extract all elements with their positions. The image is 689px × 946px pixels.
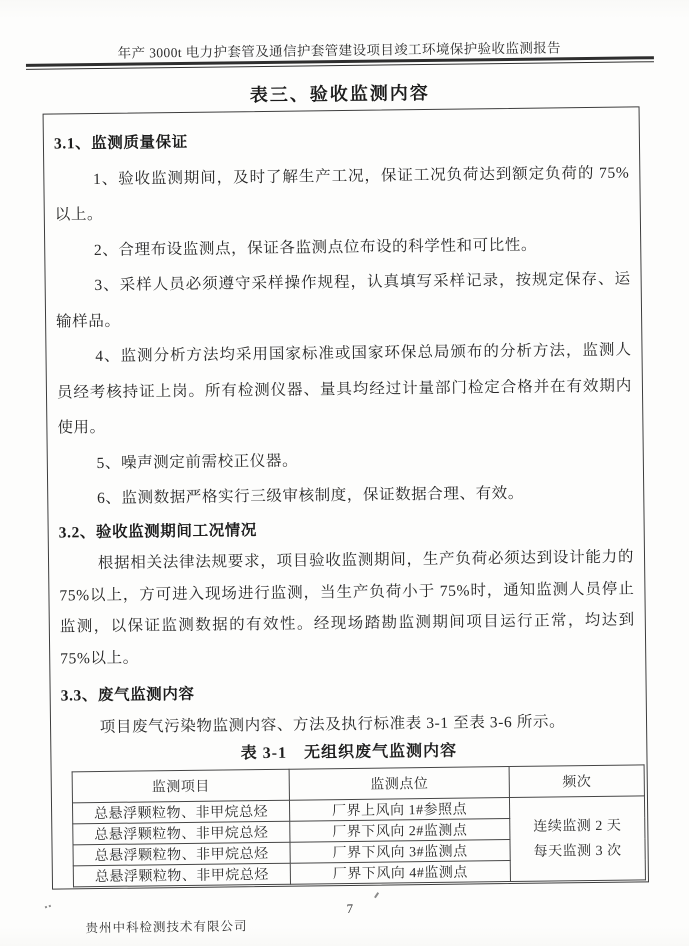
scanned-sheet: 年产 3000t 电力护套管及通信护套管建设项目竣工环境保护验收监测报告 表三、… (0, 0, 689, 946)
section-3-3: 3.3、废气监测内容 项目废气污染物监测内容、方法及执行标准表 3-1 至表 3… (60, 673, 636, 743)
paragraph: 根据相关法律法规要求，项目验收监测期间，生产负荷必须达到设计能力的 75%以上，… (59, 541, 635, 674)
cell-monitor-item: 总悬浮颗粒物、非甲烷总烃 (73, 842, 290, 866)
cell-monitor-item: 总悬浮颗粒物、非甲烷总烃 (73, 821, 290, 845)
cell-monitor-location: 厂界下风向 3#监测点 (290, 840, 510, 864)
paragraph: 4、监测分析方法均采用国家标准或国家环保总局颁布的分析方法，监测人员经考核持证上… (56, 332, 632, 446)
table-3-1: 监测项目 监测点位 频次 总悬浮颗粒物、非甲烷总烃 厂界上风向 1#参照点 连续… (72, 764, 646, 887)
section-3-2: 3.2、验收监测期间工况情况 根据相关法律法规要求，项目验收监测期间，生产负荷必… (58, 510, 635, 675)
cell-frequency: 连续监测 2 天 每天监测 3 次 (509, 796, 645, 882)
report-page: 年产 3000t 电力护套管及通信护套管建设项目竣工环境保护验收监测报告 表三、… (0, 0, 689, 946)
paragraph: 3、采样人员必须遵守采样操作规程，认真填写采样记录，按规定保存、运输样品。 (55, 261, 631, 339)
cell-monitor-item: 总悬浮颗粒物、非甲烷总烃 (73, 863, 290, 887)
cell-monitor-location: 厂界下风向 4#监测点 (290, 861, 510, 885)
section-3-1: 3.1、监测质量保证 1、验收监测期间，及时了解生产工况，保证工况负荷达到额定负… (54, 120, 634, 517)
paragraph: 1、验收监测期间，及时了解生产工况，保证工况负荷达到额定负荷的 75%以上。 (54, 155, 630, 233)
frequency-line: 每天监测 3 次 (510, 838, 644, 865)
page-title: 表三、验收监测内容 (0, 76, 684, 110)
column-header-item: 监测项目 (72, 769, 289, 803)
frequency-line: 连续监测 2 天 (510, 813, 644, 840)
content-box: 3.1、监测质量保证 1、验收监测期间，及时了解生产工况，保证工况负荷达到额定负… (43, 106, 649, 889)
column-header-location: 监测点位 (289, 767, 509, 801)
cell-monitor-location: 厂界上风向 1#参照点 (289, 798, 509, 822)
column-header-frequency: 频次 (509, 765, 644, 798)
cell-monitor-item: 总悬浮颗粒物、非甲烷总烃 (72, 800, 289, 824)
cell-monitor-location: 厂界下风向 2#监测点 (290, 819, 510, 843)
footer-company-name: 贵州中科检测技术有限公司 (85, 916, 247, 936)
